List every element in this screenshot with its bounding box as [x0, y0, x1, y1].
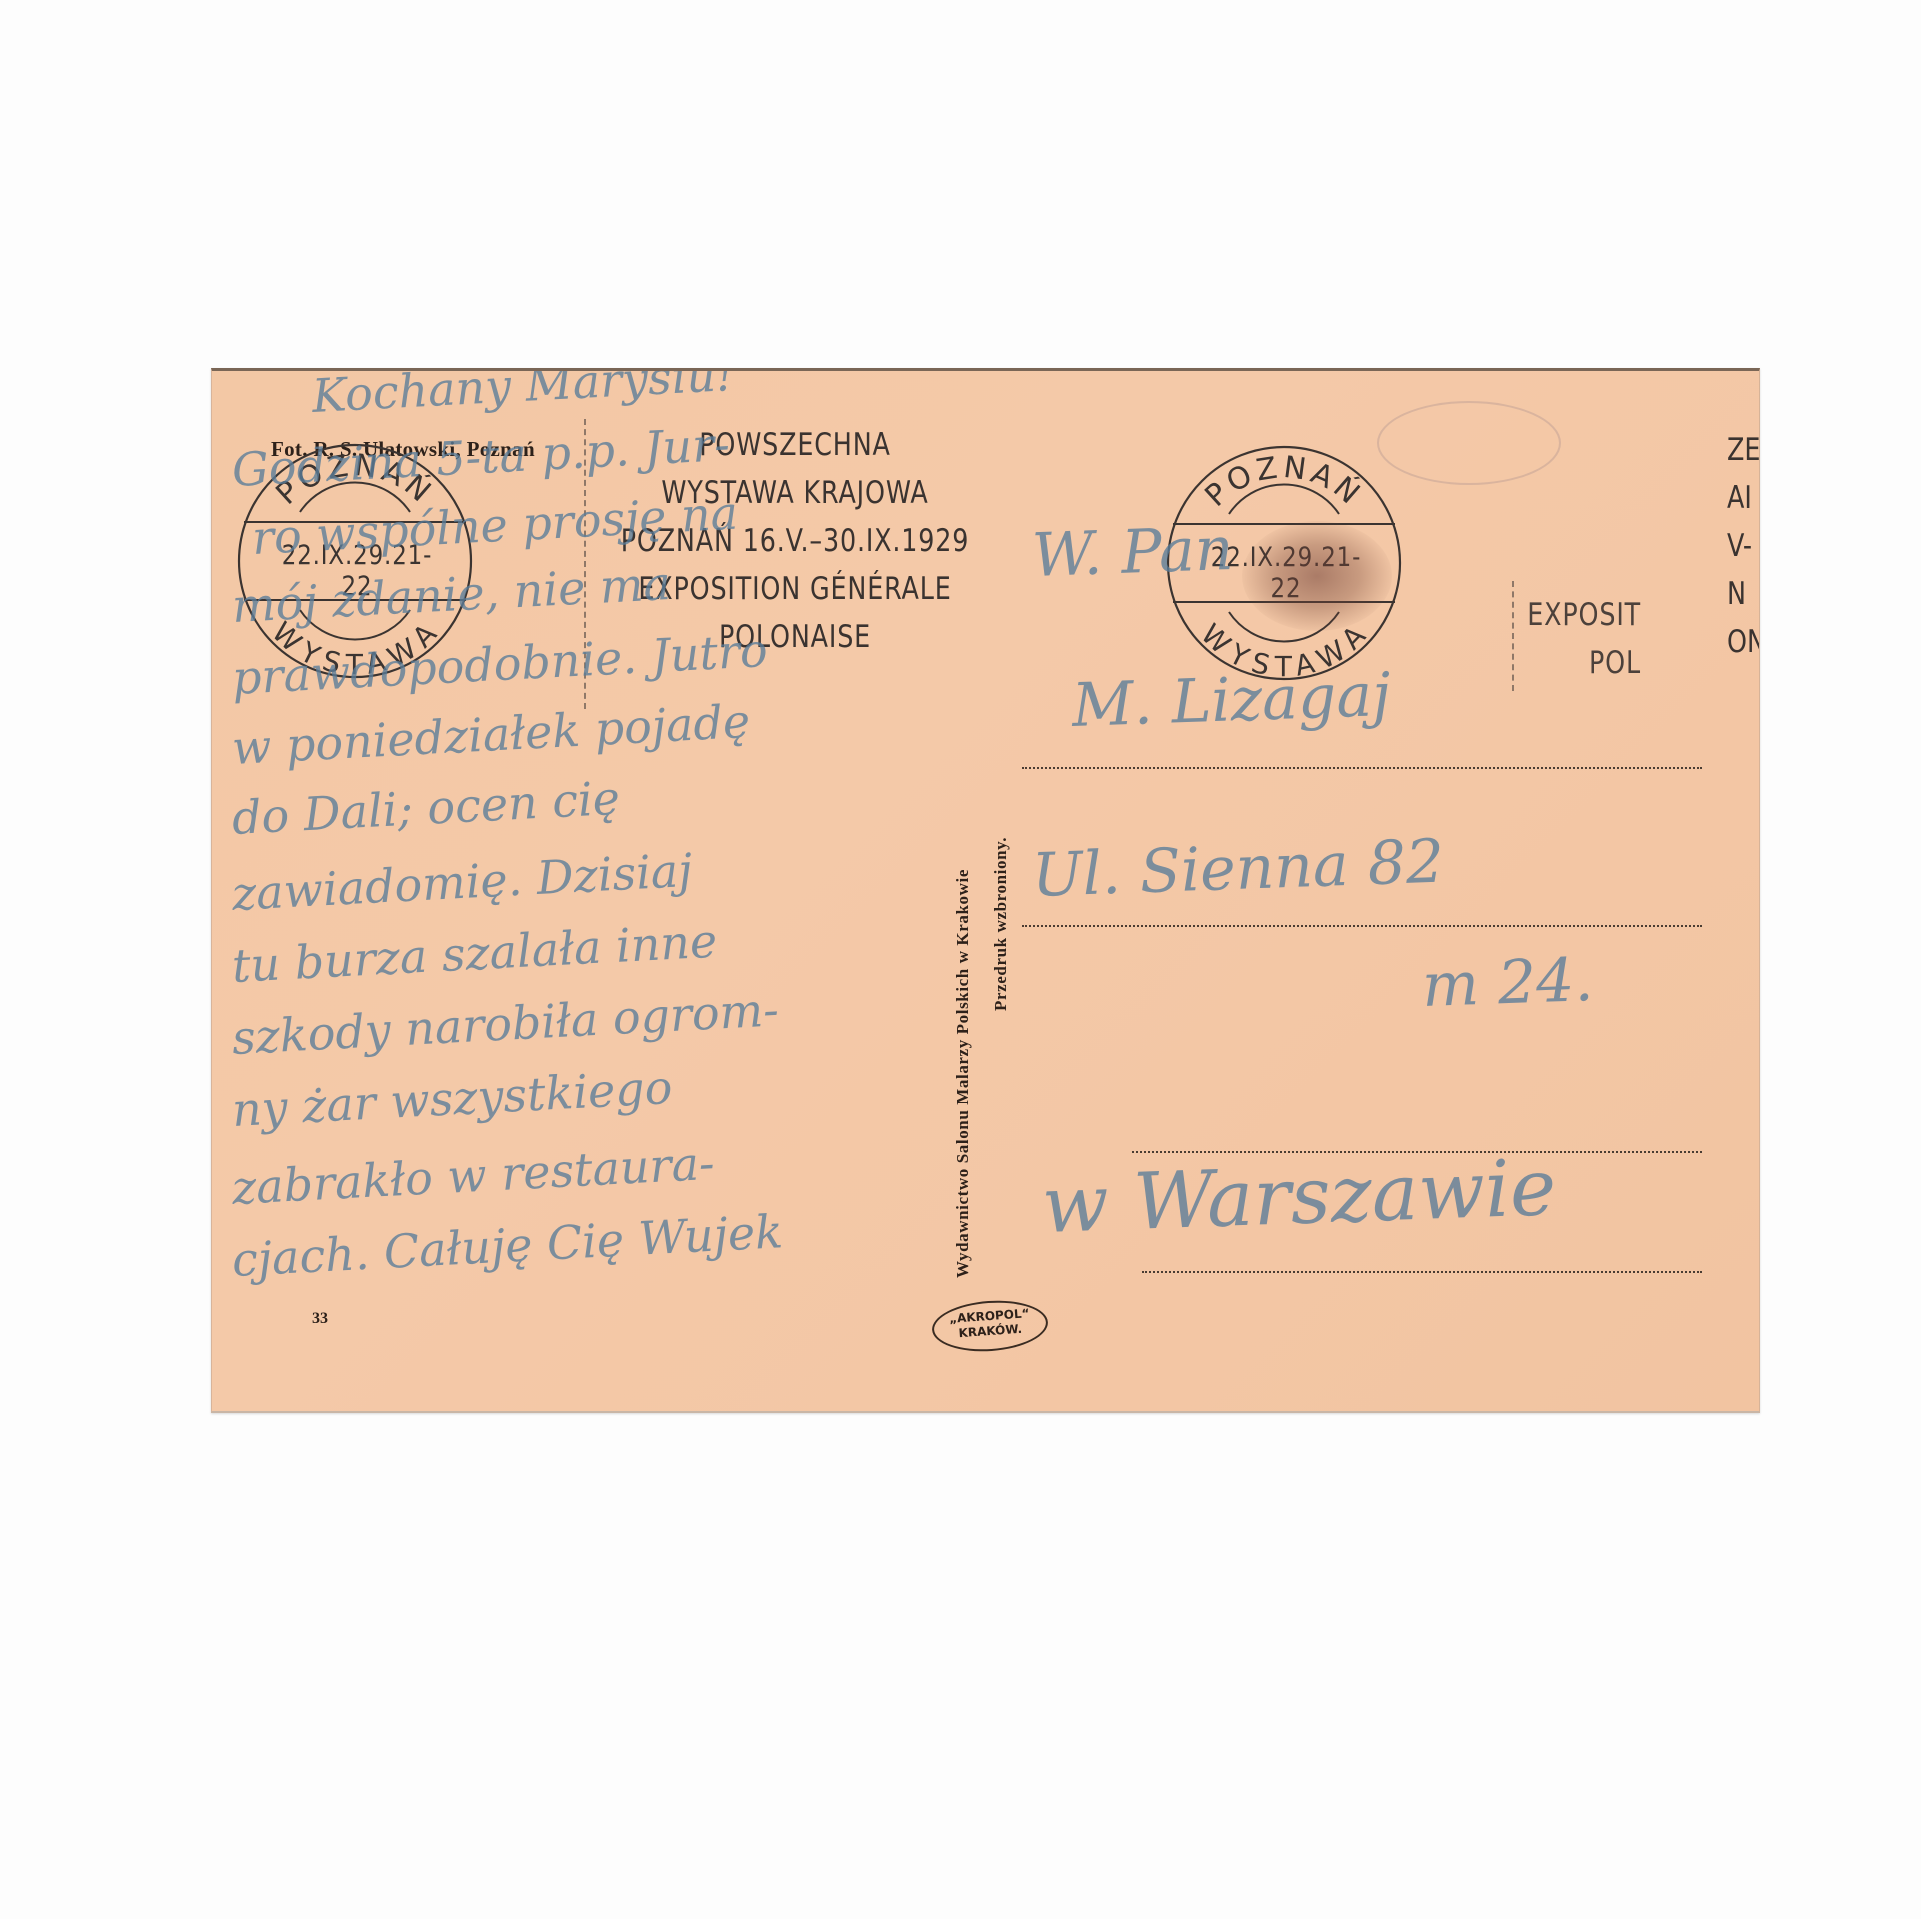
address-line-4 [1142, 1271, 1702, 1273]
address-handwriting: w Warszawie [1040, 1143, 1557, 1251]
slogan-line: V- [1727, 522, 1760, 570]
slogan-line: N [1727, 570, 1760, 618]
handwriting-line: szkody narobiła ogrom- [231, 982, 780, 1065]
handwriting-line: tu burza szalała inne [231, 914, 719, 993]
postcard-back: Fot. R. S. Ulatowski, Poznań POZNAŃ WYST… [211, 368, 1760, 1413]
address-line-1 [1022, 767, 1702, 769]
stamp-residue [1242, 521, 1392, 631]
slogan-edge-fragment: ZE AI V- N ON [1727, 426, 1760, 666]
slogan-line: EXPOSIT [1518, 591, 1641, 639]
svg-text:POZNAŃ: POZNAŃ [1198, 450, 1369, 514]
slogan-line: ZE [1727, 426, 1760, 474]
address-handwriting: M. Lizagaj [1071, 660, 1392, 741]
handwriting-line: do Dali; ocen cię [231, 771, 622, 845]
slogan-line: AI [1727, 474, 1760, 522]
slogan-line: POL [1518, 639, 1641, 687]
faint-oval-mark [1377, 401, 1561, 485]
handwriting-line: cjach. Całuję Cię Wujek [231, 1204, 785, 1287]
card-number: 33 [312, 1310, 328, 1328]
handwriting-line: Kochany Marysiu! [311, 368, 736, 423]
printer-mark: „AKROPOL“ KRAKÓW. [930, 1297, 1049, 1355]
reprint-notice: Przedruk wzbroniony. [991, 837, 1011, 1011]
address-handwriting: m 24. [1421, 945, 1595, 1021]
handwriting-line: w poniedziałek pojadę [231, 694, 752, 775]
slogan-partial: EXPOSIT POL [1518, 591, 1641, 687]
publisher-line: Wydawnictwo Salonu Malarzy Polskich w Kr… [953, 869, 973, 1278]
address-handwriting: Ul. Sienna 82 [1031, 827, 1445, 911]
handwriting-line: zawiadomię. Dzisiaj [231, 843, 694, 921]
address-handwriting: W. Pan [1031, 514, 1235, 591]
postmark-city: POZNAŃ [1198, 450, 1369, 514]
handwriting-line: zabrakło w restaura- [231, 1136, 716, 1215]
handwriting-line: ny żar wszystkiego [231, 1060, 674, 1137]
address-line-2 [1022, 925, 1702, 927]
slogan-frame-line [1512, 581, 1514, 691]
slogan-line: ON [1727, 618, 1760, 666]
